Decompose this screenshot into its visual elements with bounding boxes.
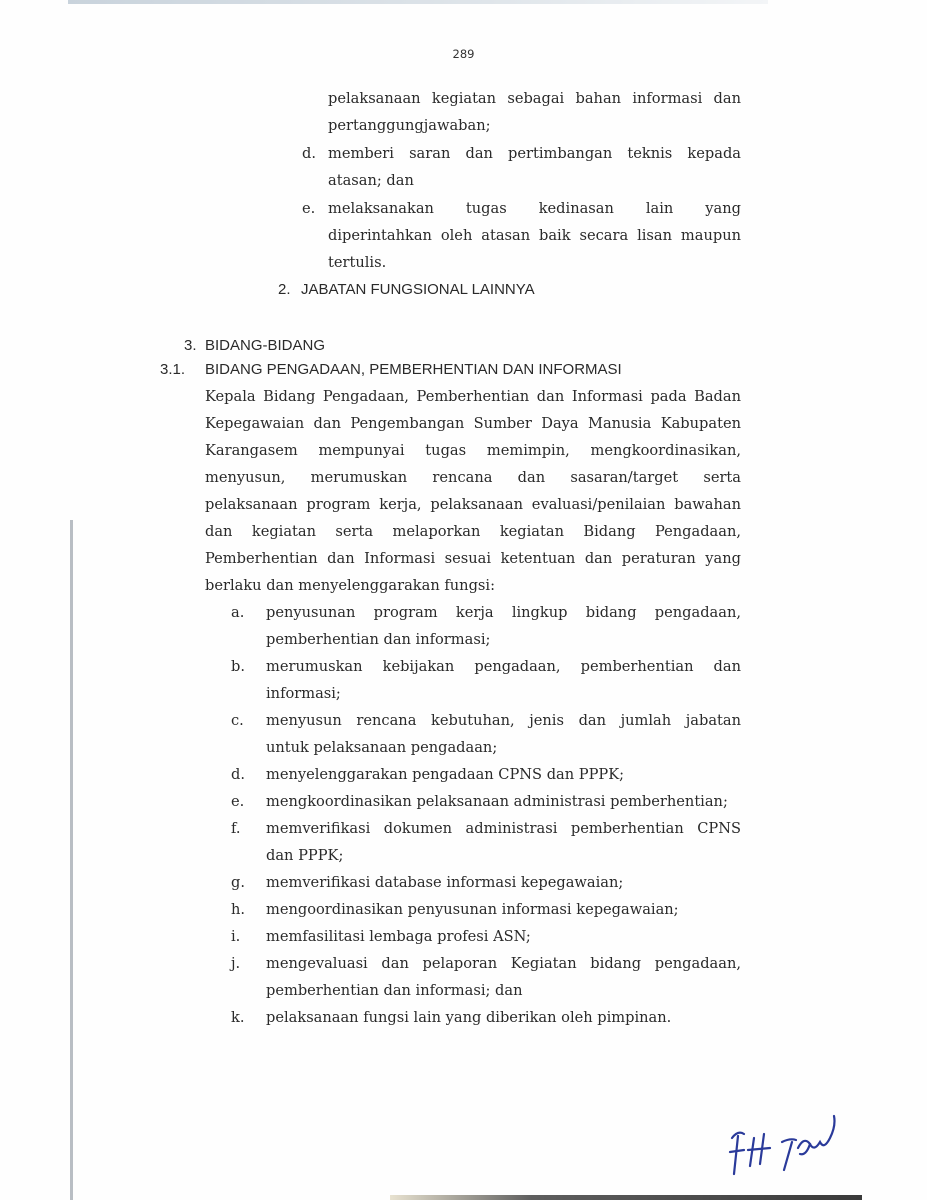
function-item-text: menyelenggarakan pengadaan CPNS dan PPPK… — [266, 766, 624, 784]
section-heading: BIDANG PENGADAAN, PEMBERHENTIAN DAN INFO… — [205, 361, 622, 379]
list-item-text: tertulis. — [328, 254, 386, 272]
list-marker: i. — [231, 928, 240, 946]
list-marker: c. — [231, 712, 244, 730]
function-item-text: pemberhentian dan informasi; dan — [266, 982, 522, 1000]
list-marker: g. — [231, 874, 245, 892]
function-item-text: mengevaluasi dan pelaporan Kegiatan bida… — [266, 955, 741, 973]
function-item-text: memverifikasi database informasi kepegaw… — [266, 874, 623, 892]
function-item-text: informasi; — [266, 685, 341, 703]
paragraph-line: berlaku dan menyelenggarakan fungsi: — [205, 577, 495, 595]
list-marker: d. — [231, 766, 245, 784]
function-item-text: untuk pelaksanaan pengadaan; — [266, 739, 497, 757]
function-item-text: pemberhentian dan informasi; — [266, 631, 490, 649]
function-item-text: penyusunan program kerja lingkup bidang … — [266, 604, 741, 622]
list-item-text: melaksanakan tugas kedinasan lain yang — [328, 200, 741, 218]
page-number: 289 — [0, 47, 927, 61]
list-marker: d. — [302, 145, 316, 163]
handwritten-initials — [724, 1108, 854, 1178]
list-marker: e. — [231, 793, 244, 811]
paragraph-line: pelaksanaan program kerja, pelaksanaan e… — [205, 496, 741, 514]
list-marker: j. — [231, 955, 240, 973]
list-item-text: atasan; dan — [328, 172, 414, 190]
function-item-text: dan PPPK; — [266, 847, 343, 865]
section-heading: JABATAN FUNGSIONAL LAINNYA — [301, 281, 535, 299]
paragraph-line: Kepala Bidang Pengadaan, Pemberhentian d… — [205, 388, 741, 406]
paragraph-line: dan kegiatan serta melaporkan kegiatan B… — [205, 523, 741, 541]
list-item-text: diperintahkan oleh atasan baik secara li… — [328, 227, 741, 245]
list-marker: f. — [231, 820, 241, 838]
function-item-text: pelaksanaan fungsi lain yang diberikan o… — [266, 1009, 671, 1027]
scan-bottom-edge — [390, 1195, 862, 1200]
section-number: 2. — [278, 281, 291, 299]
continuation-line: pelaksanaan kegiatan sebagai bahan infor… — [328, 90, 741, 108]
list-item-text: memberi saran dan pertimbangan teknis ke… — [328, 145, 741, 163]
paragraph-line: Karangasem mempunyai tugas memimpin, men… — [205, 442, 741, 460]
section-number: 3. — [184, 337, 197, 355]
function-item-text: menyusun rencana kebutuhan, jenis dan ju… — [266, 712, 741, 730]
section-heading: BIDANG-BIDANG — [205, 337, 325, 355]
scan-top-edge — [68, 0, 768, 4]
function-item-text: memfasilitasi lembaga profesi ASN; — [266, 928, 531, 946]
function-item-text: mengkoordinasikan pelaksanaan administra… — [266, 793, 728, 811]
function-item-text: merumuskan kebijakan pengadaan, pemberhe… — [266, 658, 741, 676]
continuation-line: pertanggungjawaban; — [328, 117, 491, 135]
paragraph-line: menyusun, merumuskan rencana dan sasaran… — [205, 469, 741, 487]
list-marker: b. — [231, 658, 245, 676]
scan-left-edge — [70, 520, 73, 1200]
paragraph-line: Kepegawaian dan Pengembangan Sumber Daya… — [205, 415, 741, 433]
list-marker: e. — [302, 200, 315, 218]
list-marker: h. — [231, 901, 245, 919]
paragraph-line: Pemberhentian dan Informasi sesuai keten… — [205, 550, 741, 568]
list-marker: a. — [231, 604, 244, 622]
list-marker: k. — [231, 1009, 244, 1027]
section-number: 3.1. — [160, 361, 185, 379]
function-item-text: mengoordinasikan penyusunan informasi ke… — [266, 901, 679, 919]
function-item-text: memverifikasi dokumen administrasi pembe… — [266, 820, 741, 838]
